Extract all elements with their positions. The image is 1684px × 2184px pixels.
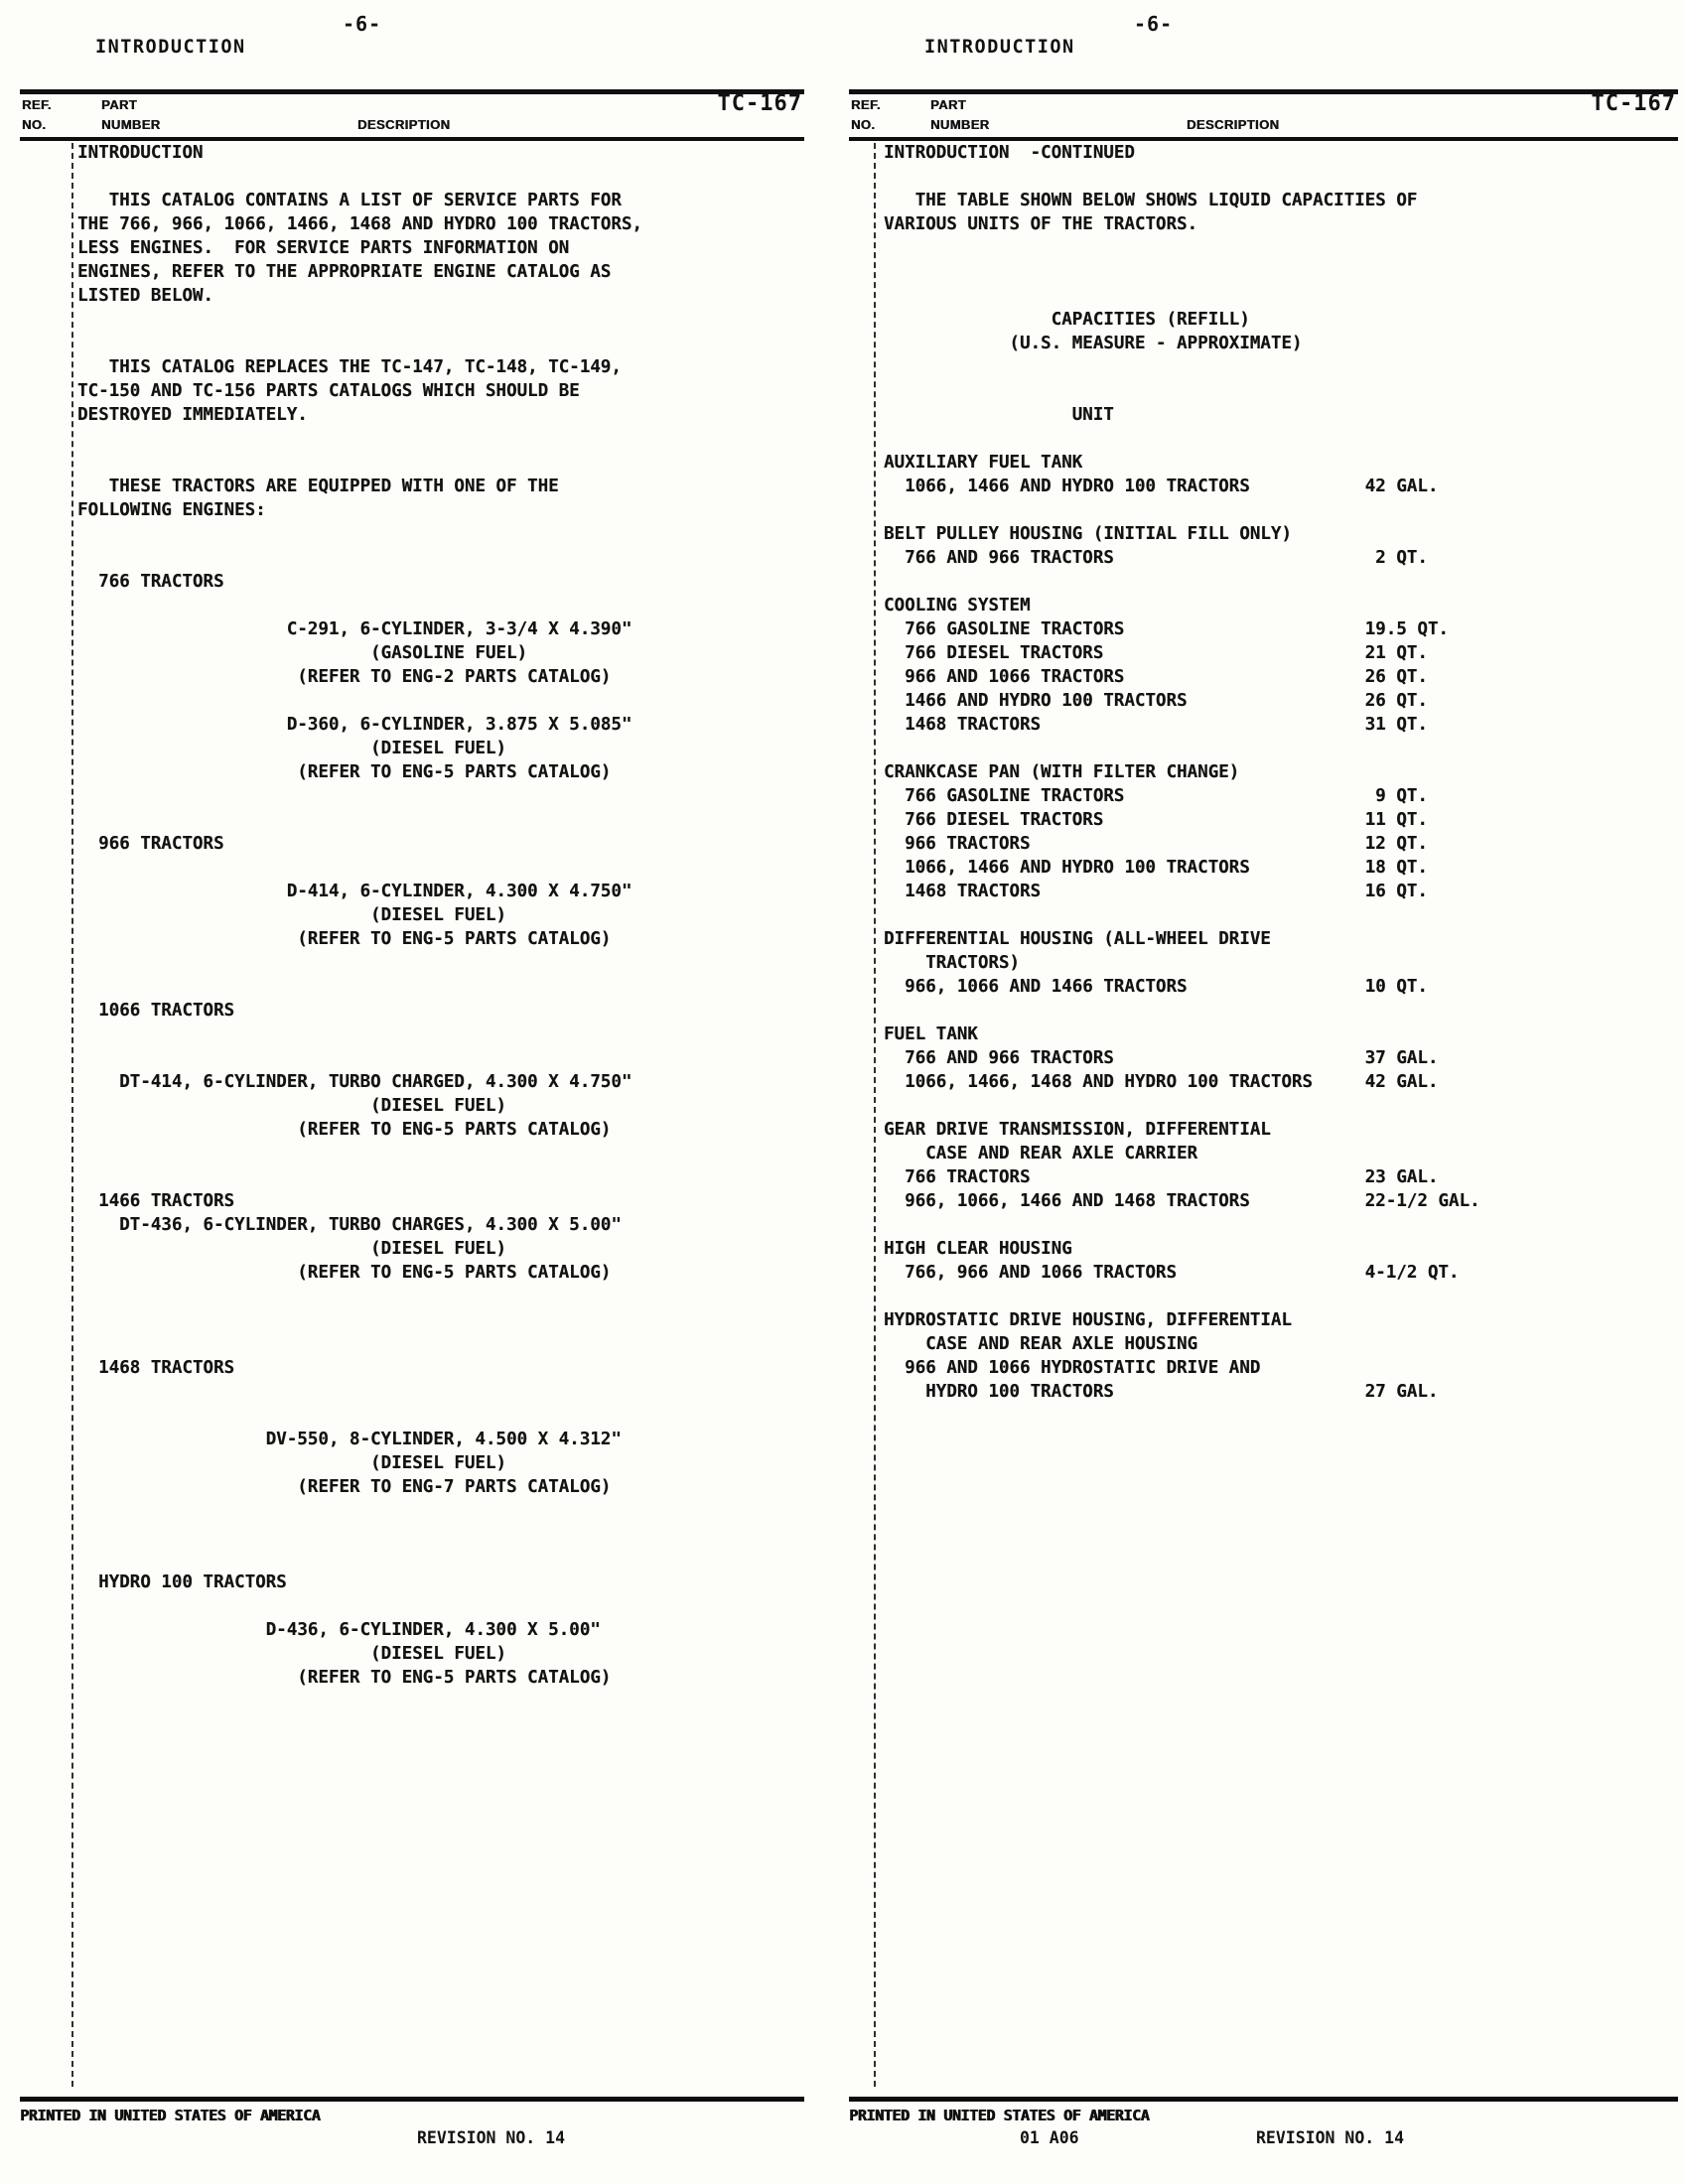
- text-line: [77, 165, 804, 189]
- footer-rule: [849, 2097, 1678, 2102]
- scanned-catalog-sheet: -6- INTRODUCTION REF. PART TC-167 NO. NU…: [0, 0, 1684, 2184]
- text-line: (U.S. MEASURE - APPROXIMATE): [884, 332, 1678, 355]
- capacity-value: 26 QT.: [1365, 689, 1428, 713]
- column-header-number: NUMBER: [101, 117, 160, 133]
- text-line: [77, 1547, 804, 1570]
- capacity-row: 1066, 1466 AND HYDRO 100 TRACTORS42 GAL.: [884, 475, 1678, 498]
- line-text: (DIESEL FUEL): [77, 739, 506, 758]
- text-line: [77, 1285, 804, 1308]
- text-line: [884, 1285, 1678, 1308]
- line-text: DESTROYED IMMEDIATELY.: [77, 405, 308, 425]
- printed-notice: PRINTED IN UNITED STATES OF AMERICA: [849, 2106, 1678, 2125]
- text-line: (DIESEL FUEL): [77, 1642, 804, 1666]
- line-text: (DIESEL FUEL): [77, 1453, 506, 1473]
- text-line: (REFER TO ENG-5 PARTS CATALOG): [77, 927, 804, 951]
- capacity-row: 966 AND 1066 TRACTORS26 QT.: [884, 665, 1678, 689]
- column-header-description: DESCRIPTION: [357, 117, 450, 133]
- footer-row: REVISION NO. 14: [20, 2125, 804, 2151]
- masthead-row-2: NO. NUMBER DESCRIPTION: [849, 114, 1678, 134]
- revision-number: REVISION NO. 14: [1256, 2125, 1404, 2151]
- line-text: 1066, 1466, 1468 AND HYDRO 100 TRACTORS: [884, 1072, 1313, 1092]
- unit-block: UNIT: [884, 379, 1678, 403]
- line-text: DIFFERENTIAL HOUSING (ALL-WHEEL DRIVE: [884, 929, 1271, 949]
- capacity-value: 11 QT.: [1365, 808, 1428, 832]
- line-text: ENGINES, REFER TO THE APPROPRIATE ENGINE…: [77, 262, 611, 282]
- text-line: FOLLOWING ENGINES:: [77, 498, 804, 522]
- print-code: 01 A06: [1020, 2125, 1079, 2151]
- capacity-value: 18 QT.: [1365, 856, 1428, 880]
- catalog-page-left: -6- INTRODUCTION REF. PART TC-167 NO. NU…: [20, 0, 804, 2184]
- line-text: 766 GASOLINE TRACTORS: [884, 786, 1124, 806]
- text-line: [77, 1499, 804, 1523]
- line-text: 966 TRACTORS: [884, 834, 1031, 854]
- column-header-no: NO.: [851, 117, 875, 133]
- text-line: [884, 498, 1678, 522]
- line-text: 766 TRACTORS: [77, 572, 224, 592]
- unit-label-line: UNIT: [884, 379, 1678, 403]
- text-line: [77, 1523, 804, 1547]
- text-line: (DIESEL FUEL): [77, 903, 804, 927]
- text-line: [77, 784, 804, 808]
- capacity-value: 42 GAL.: [1365, 475, 1439, 498]
- text-line: DV-550, 8-CYLINDER, 4.500 X 4.312": [77, 1428, 804, 1451]
- capacity-row: 1066, 1466 AND HYDRO 100 TRACTORS18 QT.: [884, 856, 1678, 880]
- text-line: (REFER TO ENG-5 PARTS CATALOG): [77, 1666, 804, 1690]
- line-text: VARIOUS UNITS OF THE TRACTORS.: [884, 214, 1197, 234]
- line-text: THE TABLE SHOWN BELOW SHOWS LIQUID CAPAC…: [884, 191, 1417, 210]
- capacity-section-header: GEAR DRIVE TRANSMISSION, DIFFERENTIAL: [884, 1118, 1678, 1142]
- text-line: [77, 594, 804, 617]
- capacity-value: 2 QT.: [1365, 546, 1428, 570]
- line-text: 766 AND 966 TRACTORS: [884, 1048, 1114, 1068]
- line-text: (DIESEL FUEL): [77, 1096, 506, 1116]
- text-line: THIS CATALOG REPLACES THE TC-147, TC-148…: [77, 355, 804, 379]
- catalog-code: TC-167: [1592, 92, 1676, 116]
- text-line: [884, 1404, 1678, 1428]
- text-line: 1468 TRACTORS: [77, 1356, 804, 1380]
- unit-label: UNIT: [988, 405, 1113, 425]
- capacity-section-header: DIFFERENTIAL HOUSING (ALL-WHEEL DRIVE: [884, 927, 1678, 951]
- text-line: (DIESEL FUEL): [77, 1237, 804, 1261]
- line-text: CAPACITIES (REFILL): [884, 310, 1250, 330]
- line-text: 1466 TRACTORS: [77, 1191, 234, 1211]
- introduction-continued-text: INTRODUCTION -CONTINUED THE TABLE SHOWN …: [884, 141, 1678, 308]
- capacity-section-header: BELT PULLEY HOUSING (INITIAL FILL ONLY): [884, 522, 1678, 546]
- line-text: 966, 1066 AND 1466 TRACTORS: [884, 977, 1188, 997]
- capacity-row: 766, 966 AND 1066 TRACTORS4-1/2 QT.: [884, 1261, 1678, 1285]
- capacity-section-header: COOLING SYSTEM: [884, 594, 1678, 617]
- text-line: [884, 260, 1678, 284]
- capacity-row: 766 TRACTORS23 GAL.: [884, 1165, 1678, 1189]
- capacity-value: 16 QT.: [1365, 880, 1428, 903]
- text-line: [884, 236, 1678, 260]
- capacity-section-header: FUEL TANK: [884, 1023, 1678, 1046]
- capacity-section-header: CASE AND REAR AXLE CARRIER: [884, 1142, 1678, 1165]
- capacities-title: CAPACITIES (REFILL) (U.S. MEASURE - APPR…: [884, 308, 1678, 355]
- line-text: CRANKCASE PAN (WITH FILTER CHANGE): [884, 762, 1239, 782]
- text-line: [77, 1594, 804, 1618]
- line-text: D-360, 6-CYLINDER, 3.875 X 5.085": [77, 715, 631, 735]
- text-line: [77, 427, 804, 451]
- masthead-row-1: REF. PART TC-167: [849, 94, 1678, 114]
- line-text: THE 766, 966, 1066, 1466, 1468 AND HYDRO…: [77, 214, 642, 234]
- capacity-row: HYDRO 100 TRACTORS27 GAL.: [884, 1380, 1678, 1404]
- text-line: THESE TRACTORS ARE EQUIPPED WITH ONE OF …: [77, 475, 804, 498]
- line-text: DT-436, 6-CYLINDER, TURBO CHARGES, 4.300…: [77, 1215, 622, 1235]
- revision-number: REVISION NO. 14: [417, 2125, 565, 2151]
- capacity-value: 19.5 QT.: [1365, 617, 1449, 641]
- capacity-row: 966, 1066 AND 1466 TRACTORS10 QT.: [884, 975, 1678, 999]
- text-line: 966 TRACTORS: [77, 832, 804, 856]
- capacity-row: 766 GASOLINE TRACTORS19.5 QT.: [884, 617, 1678, 641]
- line-text: INTRODUCTION -CONTINUED: [884, 143, 1135, 163]
- line-text: 1466 AND HYDRO 100 TRACTORS: [884, 691, 1188, 711]
- text-line: TC-150 AND TC-156 PARTS CATALOGS WHICH S…: [77, 379, 804, 403]
- line-text: (DIESEL FUEL): [77, 1644, 506, 1664]
- text-line: [884, 1213, 1678, 1237]
- margin-dashed-line: [71, 143, 73, 2087]
- text-line: INTRODUCTION: [77, 141, 804, 165]
- line-text: INTRODUCTION: [77, 143, 203, 163]
- capacity-value: 26 QT.: [1365, 665, 1428, 689]
- line-text: CASE AND REAR AXLE CARRIER: [884, 1144, 1197, 1163]
- capacity-row: 1466 AND HYDRO 100 TRACTORS26 QT.: [884, 689, 1678, 713]
- capacity-row: 766 AND 966 TRACTORS 2 QT.: [884, 546, 1678, 570]
- capacity-row: 966, 1066, 1466 AND 1468 TRACTORS22-1/2 …: [884, 1189, 1678, 1213]
- text-line: LESS ENGINES. FOR SERVICE PARTS INFORMAT…: [77, 236, 804, 260]
- line-text: TC-150 AND TC-156 PARTS CATALOGS WHICH S…: [77, 381, 580, 401]
- line-text: (REFER TO ENG-5 PARTS CATALOG): [77, 762, 611, 782]
- line-text: HIGH CLEAR HOUSING: [884, 1239, 1072, 1259]
- text-line: LISTED BELOW.: [77, 284, 804, 308]
- text-line: [77, 856, 804, 880]
- line-text: 1468 TRACTORS: [884, 715, 1041, 735]
- line-text: D-414, 6-CYLINDER, 4.300 X 4.750": [77, 882, 631, 901]
- line-text: 966 TRACTORS: [77, 834, 224, 854]
- line-text: AUXILIARY FUEL TANK: [884, 453, 1082, 473]
- text-line: [77, 1332, 804, 1356]
- line-text: (REFER TO ENG-7 PARTS CATALOG): [77, 1477, 611, 1497]
- text-line: (REFER TO ENG-5 PARTS CATALOG): [77, 1118, 804, 1142]
- line-text: D-436, 6-CYLINDER, 4.300 X 5.00": [77, 1620, 601, 1640]
- capacity-section-header: CASE AND REAR AXLE HOUSING: [884, 1332, 1678, 1356]
- line-text: 1066, 1466 AND HYDRO 100 TRACTORS: [884, 858, 1250, 878]
- capacity-value: 9 QT.: [1365, 784, 1428, 808]
- text-line: (REFER TO ENG-5 PARTS CATALOG): [77, 1261, 804, 1285]
- line-text: 766 DIESEL TRACTORS: [884, 643, 1103, 663]
- line-text: DV-550, 8-CYLINDER, 4.500 X 4.312": [77, 1430, 622, 1449]
- text-line: THIS CATALOG CONTAINS A LIST OF SERVICE …: [77, 189, 804, 212]
- line-text: LISTED BELOW.: [77, 286, 213, 306]
- footer-rule: [20, 2097, 804, 2102]
- capacity-row: 966 AND 1066 HYDROSTATIC DRIVE AND: [884, 1356, 1678, 1380]
- line-text: 966 AND 1066 TRACTORS: [884, 667, 1124, 687]
- capacity-row: 1468 TRACTORS31 QT.: [884, 713, 1678, 737]
- page-body: INTRODUCTION -CONTINUED THE TABLE SHOWN …: [849, 141, 1678, 2093]
- text-line: (DIESEL FUEL): [77, 1094, 804, 1118]
- text-line: [884, 1094, 1678, 1118]
- text-line: [77, 522, 804, 546]
- line-text: 966 AND 1066 HYDROSTATIC DRIVE AND: [884, 1358, 1260, 1378]
- text-line: 1466 TRACTORS: [77, 1189, 804, 1213]
- text-line: VARIOUS UNITS OF THE TRACTORS.: [884, 212, 1678, 236]
- line-text: 1066 TRACTORS: [77, 1001, 234, 1021]
- line-text: 766 DIESEL TRACTORS: [884, 810, 1103, 830]
- line-text: 966, 1066, 1466 AND 1468 TRACTORS: [884, 1191, 1250, 1211]
- capacity-value: 37 GAL.: [1365, 1046, 1439, 1070]
- text-line: CAPACITIES (REFILL): [884, 308, 1678, 332]
- capacity-row: 1468 TRACTORS16 QT.: [884, 880, 1678, 903]
- capacity-value: 21 QT.: [1365, 641, 1428, 665]
- text-line: (GASOLINE FUEL): [77, 641, 804, 665]
- introduction-text: INTRODUCTION THIS CATALOG CONTAINS A LIS…: [77, 141, 804, 1690]
- page-number: -6-: [1134, 12, 1173, 36]
- line-text: 766, 966 AND 1066 TRACTORS: [884, 1263, 1177, 1283]
- text-line: (REFER TO ENG-7 PARTS CATALOG): [77, 1475, 804, 1499]
- capacity-value: 23 GAL.: [1365, 1165, 1439, 1189]
- capacity-row: 966 TRACTORS12 QT.: [884, 832, 1678, 856]
- line-text: BELT PULLEY HOUSING (INITIAL FILL ONLY): [884, 524, 1292, 544]
- column-header-ref: REF.: [22, 97, 52, 113]
- margin-dashed-line: [874, 143, 876, 2087]
- column-header-ref: REF.: [851, 97, 881, 113]
- text-line: DT-414, 6-CYLINDER, TURBO CHARGED, 4.300…: [77, 1070, 804, 1094]
- text-line: [884, 570, 1678, 594]
- capacity-row: 766 DIESEL TRACTORS11 QT.: [884, 808, 1678, 832]
- text-line: [77, 1165, 804, 1189]
- capacity-row: 766 AND 966 TRACTORS37 GAL.: [884, 1046, 1678, 1070]
- line-text: C-291, 6-CYLINDER, 3-3/4 X 4.390": [77, 619, 631, 639]
- column-header-no: NO.: [22, 117, 46, 133]
- text-line: [884, 999, 1678, 1023]
- line-text: (REFER TO ENG-5 PARTS CATALOG): [77, 929, 611, 949]
- capacity-section-header: HYDROSTATIC DRIVE HOUSING, DIFFERENTIAL: [884, 1308, 1678, 1332]
- text-line: THE 766, 966, 1066, 1466, 1468 AND HYDRO…: [77, 212, 804, 236]
- line-text: COOLING SYSTEM: [884, 596, 1031, 615]
- text-line: (REFER TO ENG-5 PARTS CATALOG): [77, 760, 804, 784]
- line-text: 1468 TRACTORS: [77, 1358, 234, 1378]
- page-title: INTRODUCTION: [924, 36, 1075, 60]
- text-line: [77, 951, 804, 975]
- text-line: (REFER TO ENG-2 PARTS CATALOG): [77, 665, 804, 689]
- line-text: THIS CATALOG CONTAINS A LIST OF SERVICE …: [77, 191, 622, 210]
- line-text: (REFER TO ENG-5 PARTS CATALOG): [77, 1263, 611, 1283]
- line-text: (REFER TO ENG-5 PARTS CATALOG): [77, 1668, 611, 1688]
- page-number: -6-: [343, 12, 381, 36]
- text-line: [77, 689, 804, 713]
- text-line: [77, 975, 804, 999]
- text-line: DT-436, 6-CYLINDER, TURBO CHARGES, 4.300…: [77, 1213, 804, 1237]
- text-line: C-291, 6-CYLINDER, 3-3/4 X 4.390": [77, 617, 804, 641]
- line-text: GEAR DRIVE TRANSMISSION, DIFFERENTIAL: [884, 1120, 1271, 1140]
- text-line: [77, 1142, 804, 1165]
- text-line: [884, 737, 1678, 760]
- text-line: [77, 1380, 804, 1404]
- text-line: [77, 1404, 804, 1428]
- line-text: TRACTORS): [884, 953, 1020, 973]
- line-text: HYDRO 100 TRACTORS: [884, 1382, 1114, 1402]
- line-text: 1066, 1466 AND HYDRO 100 TRACTORS: [884, 477, 1250, 496]
- line-text: FUEL TANK: [884, 1024, 978, 1044]
- text-line: THE TABLE SHOWN BELOW SHOWS LIQUID CAPAC…: [884, 189, 1678, 212]
- catalog-code: TC-167: [718, 92, 802, 116]
- capacity-value: 10 QT.: [1365, 975, 1428, 999]
- column-header-part: PART: [930, 97, 966, 113]
- line-text: FOLLOWING ENGINES:: [77, 500, 266, 520]
- capacity-value: 42 GAL.: [1365, 1070, 1439, 1094]
- line-text: DT-414, 6-CYLINDER, TURBO CHARGED, 4.300…: [77, 1072, 631, 1092]
- column-header-description: DESCRIPTION: [1187, 117, 1279, 133]
- masthead: REF. PART TC-167 NO. NUMBER DESCRIPTION: [849, 89, 1678, 141]
- printed-notice: PRINTED IN UNITED STATES OF AMERICA: [20, 2106, 804, 2125]
- capacity-row: 1066, 1466, 1468 AND HYDRO 100 TRACTORS4…: [884, 1070, 1678, 1094]
- line-text: 766 AND 966 TRACTORS: [884, 548, 1114, 568]
- text-line: 1066 TRACTORS: [77, 999, 804, 1023]
- line-text: (REFER TO ENG-5 PARTS CATALOG): [77, 1120, 611, 1140]
- text-line: ENGINES, REFER TO THE APPROPRIATE ENGINE…: [77, 260, 804, 284]
- line-text: (REFER TO ENG-2 PARTS CATALOG): [77, 667, 611, 687]
- text-line: [77, 308, 804, 332]
- footer-row: 01 A06 REVISION NO. 14: [849, 2125, 1678, 2151]
- text-line: INTRODUCTION -CONTINUED: [884, 141, 1678, 165]
- capacity-value: 27 GAL.: [1365, 1380, 1439, 1404]
- masthead: REF. PART TC-167 NO. NUMBER DESCRIPTION: [20, 89, 804, 141]
- line-text: 766 TRACTORS: [884, 1167, 1031, 1187]
- line-text: LESS ENGINES. FOR SERVICE PARTS INFORMAT…: [77, 238, 569, 258]
- masthead-row-1: REF. PART TC-167: [20, 94, 804, 114]
- text-line: DESTROYED IMMEDIATELY.: [77, 403, 804, 427]
- capacity-value: 31 QT.: [1365, 713, 1428, 737]
- capacities-table: AUXILIARY FUEL TANK 1066, 1466 AND HYDRO…: [884, 451, 1678, 1428]
- text-line: HYDRO 100 TRACTORS: [77, 1570, 804, 1594]
- text-line: [77, 808, 804, 832]
- text-line: [77, 332, 804, 355]
- capacity-section-header: TRACTORS): [884, 951, 1678, 975]
- capacity-row: 766 GASOLINE TRACTORS 9 QT.: [884, 784, 1678, 808]
- line-text: THESE TRACTORS ARE EQUIPPED WITH ONE OF …: [77, 477, 559, 496]
- column-header-number: NUMBER: [930, 117, 989, 133]
- column-header-part: PART: [101, 97, 137, 113]
- text-line: D-414, 6-CYLINDER, 4.300 X 4.750": [77, 880, 804, 903]
- capacity-value: 12 QT.: [1365, 832, 1428, 856]
- capacity-section-header: HIGH CLEAR HOUSING: [884, 1237, 1678, 1261]
- page-body: INTRODUCTION THIS CATALOG CONTAINS A LIS…: [20, 141, 804, 2093]
- text-line: [77, 546, 804, 570]
- masthead-row-2: NO. NUMBER DESCRIPTION: [20, 114, 804, 134]
- capacity-value: 4-1/2 QT.: [1365, 1261, 1460, 1285]
- capacity-section-header: AUXILIARY FUEL TANK: [884, 451, 1678, 475]
- line-text: (DIESEL FUEL): [77, 905, 506, 925]
- text-line: D-360, 6-CYLINDER, 3.875 X 5.085": [77, 713, 804, 737]
- capacity-row: 766 DIESEL TRACTORS21 QT.: [884, 641, 1678, 665]
- page-title: INTRODUCTION: [95, 36, 246, 60]
- text-line: [884, 284, 1678, 308]
- line-text: (GASOLINE FUEL): [77, 643, 527, 663]
- line-text: HYDRO 100 TRACTORS: [77, 1572, 287, 1592]
- text-line: [77, 1046, 804, 1070]
- text-line: [884, 903, 1678, 927]
- text-line: D-436, 6-CYLINDER, 4.300 X 5.00": [77, 1618, 804, 1642]
- line-text: (DIESEL FUEL): [77, 1239, 506, 1259]
- text-line: [77, 1308, 804, 1332]
- page-footer: PRINTED IN UNITED STATES OF AMERICA REVI…: [20, 2097, 804, 2151]
- text-line: (DIESEL FUEL): [77, 1451, 804, 1475]
- line-text: 766 GASOLINE TRACTORS: [884, 619, 1124, 639]
- line-text: (U.S. MEASURE - APPROXIMATE): [884, 334, 1302, 353]
- text-line: 766 TRACTORS: [77, 570, 804, 594]
- capacity-value: 22-1/2 GAL.: [1365, 1189, 1480, 1213]
- catalog-page-right: -6- INTRODUCTION REF. PART TC-167 NO. NU…: [849, 0, 1678, 2184]
- line-text: CASE AND REAR AXLE HOUSING: [884, 1334, 1197, 1354]
- line-text: THIS CATALOG REPLACES THE TC-147, TC-148…: [77, 357, 622, 377]
- text-line: [77, 451, 804, 475]
- line-text: HYDROSTATIC DRIVE HOUSING, DIFFERENTIAL: [884, 1310, 1292, 1330]
- capacity-section-header: CRANKCASE PAN (WITH FILTER CHANGE): [884, 760, 1678, 784]
- text-line: [77, 1023, 804, 1046]
- text-line: (DIESEL FUEL): [77, 737, 804, 760]
- line-text: 1468 TRACTORS: [884, 882, 1041, 901]
- text-line: [884, 165, 1678, 189]
- page-footer: PRINTED IN UNITED STATES OF AMERICA 01 A…: [849, 2097, 1678, 2151]
